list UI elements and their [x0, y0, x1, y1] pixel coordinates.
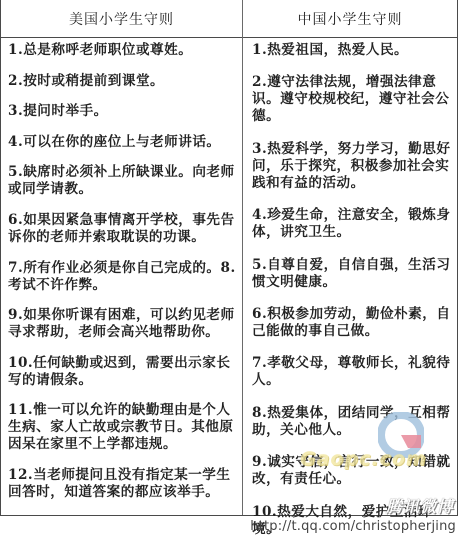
cn-rule-item: 6.积极参加劳动，勤俭朴素，自己能做的事自己做。	[252, 306, 453, 340]
cn-rule-item: 1.热爱祖国，热爱人民。	[252, 42, 453, 59]
us-rules-column: 美国小学生守则 1.总是称呼老师职位或尊姓。 2.按时或稍提前到课堂。 3.提问…	[1, 0, 243, 515]
cn-rules-header: 中国小学生守则	[243, 0, 457, 38]
us-rule-item: 12.当老师提问且没有指定某一学生回答时，知道答案的都应该举手。	[8, 467, 236, 501]
cn-rule-item: 7.孝敬父母，尊敬师长，礼貌待人。	[252, 355, 453, 389]
us-rule-item: 2.按时或稍提前到课堂。	[8, 73, 236, 90]
source-url-watermark: http://t.qq.com/christopherjing	[250, 519, 456, 534]
us-rule-item: 6.如果因紧急事情离开学校，事先告诉你的老师并索取耽误的功课。	[8, 212, 236, 246]
us-rule-item: 5.缺席时必须补上所缺课业。向老师或同学请教。	[8, 164, 236, 198]
site-logo-text: Gaopc.com	[300, 448, 427, 470]
cn-rules-column: 中国小学生守则 1.热爱祖国，热爱人民。 2.遵守法律法规，增强法律意识。遵守校…	[243, 0, 457, 515]
us-rules-header: 美国小学生守则	[1, 0, 242, 38]
us-rule-item: 3.提问时举手。	[8, 103, 236, 120]
cn-rule-item: 4.珍爱生命，注意安全，锻炼身体，讲究卫生。	[252, 207, 453, 241]
cn-rule-item: 2.遵守法律法规，增强法律意识。遵守校规校纪，遵守社会公德。	[252, 74, 453, 125]
us-rule-item: 4.可以在你的座位上与老师讲话。	[8, 134, 236, 151]
cn-rule-item: 3.热爱科学，努力学习，勤思好问，乐于探究，积极参加社会实践和有益的活动。	[252, 141, 453, 192]
us-rule-item: 10.任何缺勤或迟到，需要出示家长写的请假条。	[8, 355, 236, 389]
cn-rule-item: 5.自尊自爱，自信自强，生活习惯文明健康。	[252, 257, 453, 291]
us-rule-item: 1.总是称呼老师职位或尊姓。	[8, 42, 236, 59]
us-rule-item: 7.所有作业必须是你自己完成的。8.考试不许作弊。	[8, 260, 236, 294]
weibo-watermark: 腾讯微博	[386, 494, 454, 517]
us-rule-item: 11.惟一可以允许的缺勤理由是个人生病、家人亡故或宗教节日。其他原因呆在家里不上…	[8, 402, 236, 453]
us-rules-list: 1.总是称呼老师职位或尊姓。 2.按时或稍提前到课堂。 3.提问时举手。 4.可…	[1, 38, 242, 501]
us-rule-item: 9.如果你听课有困难，可以约见老师寻求帮助，老师会高兴地帮助你。	[8, 307, 236, 341]
